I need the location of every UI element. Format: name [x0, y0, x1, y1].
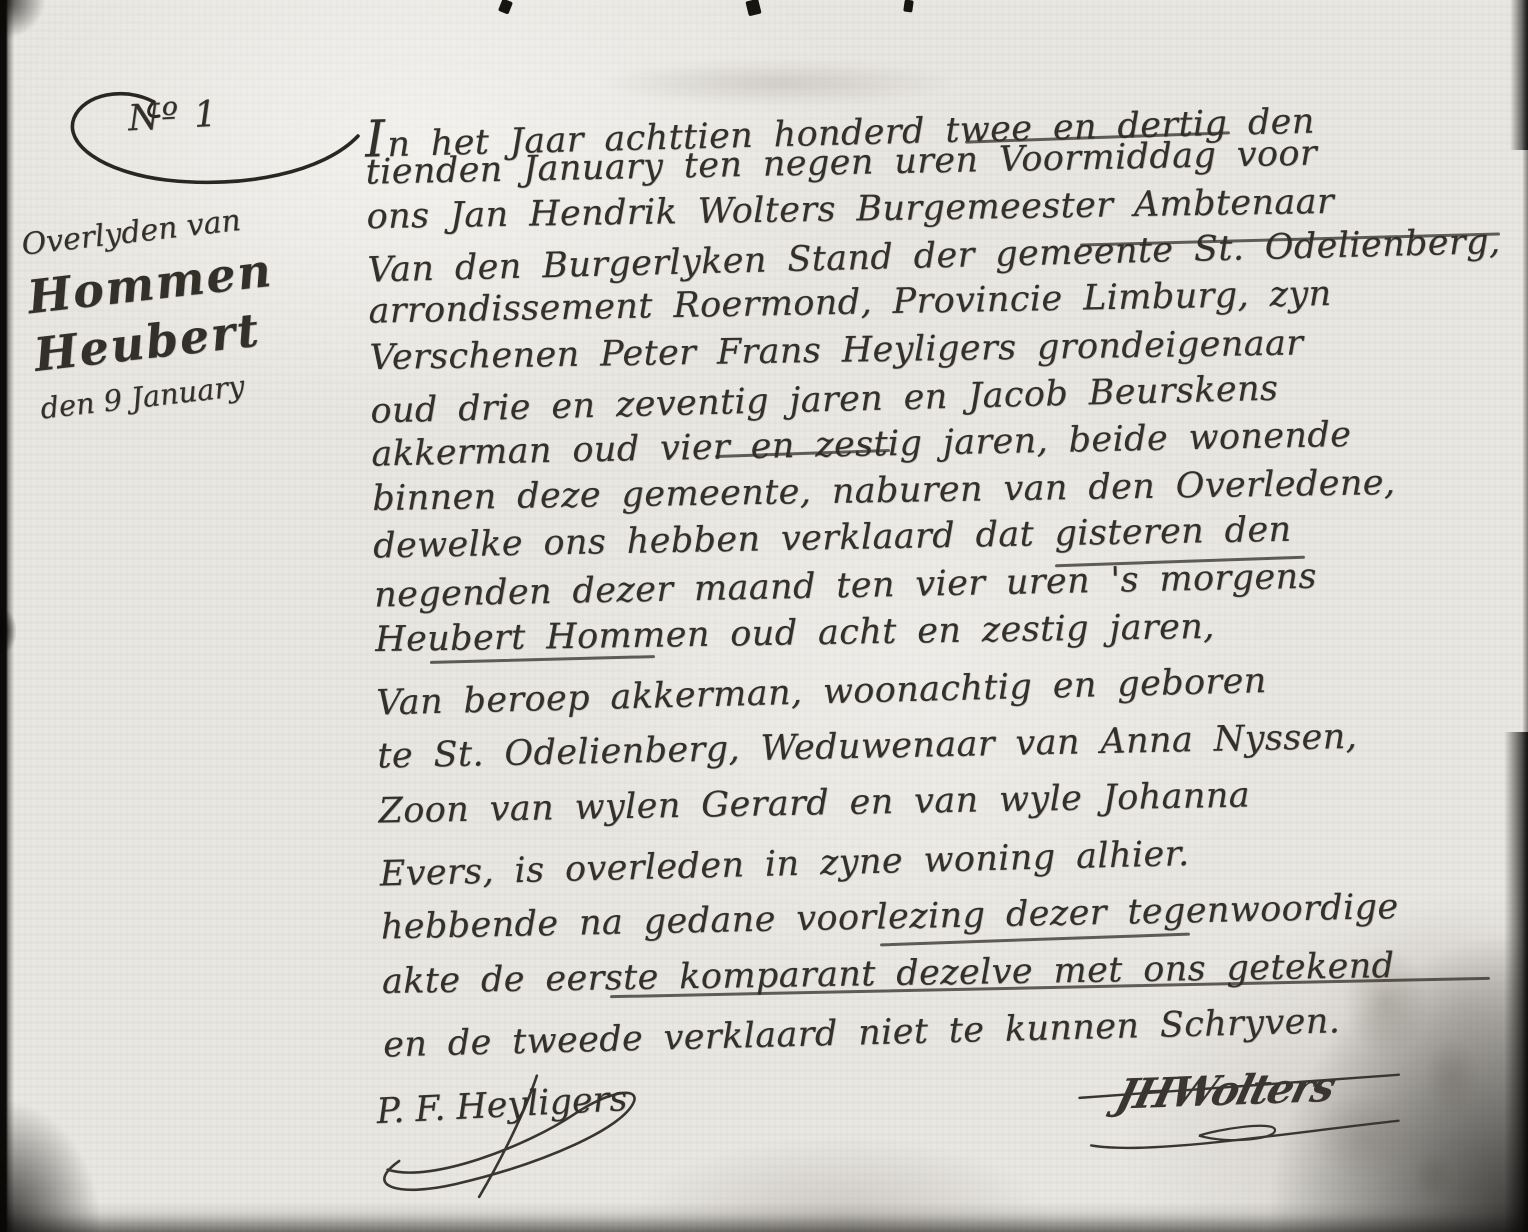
top-edge-mark — [498, 0, 513, 15]
signature-wolters-name: JHWolters — [1111, 1063, 1338, 1119]
bottom-left-corner-shadow — [0, 1102, 100, 1232]
signature-heyligers: P. F. Heyligers — [365, 1057, 702, 1214]
top-edge-mark — [745, 0, 761, 16]
scanned-death-record-page: Nº 1 Overlyden van Hommen Heubert den 9 … — [0, 0, 1528, 1232]
top-edge-mark — [903, 0, 914, 13]
top-left-corner-shadow — [0, 0, 46, 40]
signature-wolters: JHWolters — [1076, 1042, 1420, 1174]
act-number: Nº 1 — [127, 94, 220, 140]
left-edge-ink-blob — [0, 608, 16, 654]
margin-annotation: Overlyden van Hommen Heubert den 9 Janua… — [20, 189, 380, 425]
act-body-text: In het Jaar achttien honderd twee en der… — [364, 83, 1528, 1079]
signature-flourish — [365, 1057, 702, 1214]
